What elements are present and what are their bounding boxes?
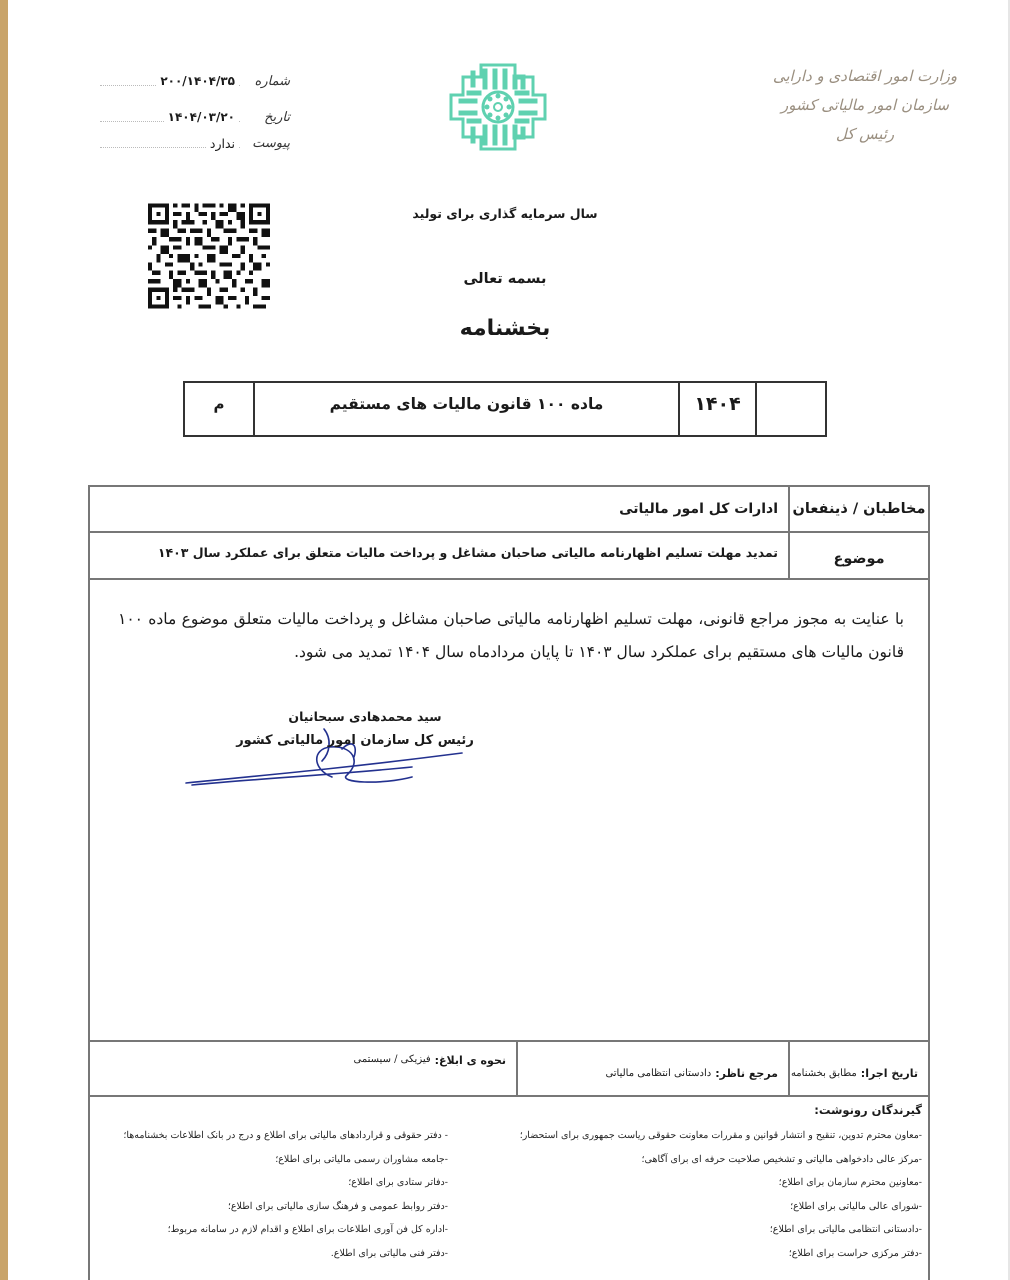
execution-date-label: تاریخ اجرا: xyxy=(861,1067,918,1080)
letter-number-label: شماره xyxy=(242,74,290,89)
circular-title: ماده ۱۰۰ قانون مالیات های مستقیم xyxy=(253,383,678,435)
circular-code: م xyxy=(185,383,253,435)
audience-label: مخاطبان / ذینفعان xyxy=(788,487,928,531)
footer-row: تاریخ اجرا: مطابق بخشنامه مرجع ناظر: داد… xyxy=(90,1040,928,1097)
circular-body-text: با عنایت به مجوز مراجع قانونی، مهلت تسلی… xyxy=(118,603,904,669)
page-edge-strip xyxy=(0,0,8,1280)
audience-value: ادارات کل امور مالیاتی xyxy=(90,487,788,531)
cc-item: -دادستانی انتظامی مالیاتی برای اطلاع؛ xyxy=(502,1218,922,1242)
cc-title: گیرندگان رونوشت: xyxy=(814,1103,922,1117)
cc-right-column: -معاون محترم تدوین، تنقیح و انتشار قوانی… xyxy=(502,1124,922,1266)
letter-date-row: تاریخ ۱۴۰۴/۰۳/۲۰ xyxy=(100,104,290,130)
ministry-letterhead: وزارت امور اقتصادی و دارایی سازمان امور … xyxy=(750,62,980,149)
subject-label: موضوع xyxy=(788,533,928,578)
title-table-empty-cell xyxy=(755,383,825,435)
notification-method-label: نحوه ی ابلاغ: xyxy=(435,1054,506,1067)
notification-method-cell: نحوه ی ابلاغ: فیزیکی / سیستمی xyxy=(90,1042,516,1095)
letter-date-label: تاریخ xyxy=(242,110,290,125)
letter-attachment-value: ندارد xyxy=(207,136,238,151)
cc-item: -معاون محترم تدوین، تنقیح و انتشار قوانی… xyxy=(502,1124,922,1148)
letter-number-value: ۲۰۰/۱۴۰۴/۳۵ xyxy=(157,74,238,88)
supervising-authority-cell: مرجع ناظر: دادستانی انتظامی مالیاتی xyxy=(516,1042,788,1095)
ministry-line-1: وزارت امور اقتصادی و دارایی xyxy=(750,62,980,91)
cc-item: -اداره کل فن آوری اطلاعات برای اطلاع و ا… xyxy=(88,1218,448,1242)
cc-item: -مرکز عالی دادخواهی مالیاتی و تشخیص صلاح… xyxy=(502,1148,922,1172)
cc-item: -جامعه مشاوران رسمی مالیاتی برای اطلاع؛ xyxy=(88,1148,448,1172)
cc-item: -شورای عالی مالیاتی برای اطلاع؛ xyxy=(502,1195,922,1219)
supervising-authority-value: دادستانی انتظامی مالیاتی xyxy=(605,1068,711,1079)
signer-name: سید محمدهادی سبحانیان xyxy=(250,709,480,724)
subject-value: تمدید مهلت تسلیم اظهارنامه مالیاتی صاحبا… xyxy=(90,533,788,578)
letter-meta: شماره ۲۰۰/۱۴۰۴/۳۵ تاریخ ۱۴۰۴/۰۳/۲۰ پیوست… xyxy=(100,68,290,156)
ministry-line-2: سازمان امور مالیاتی کشور xyxy=(750,91,980,120)
execution-date-cell: تاریخ اجرا: مطابق بخشنامه xyxy=(788,1042,928,1095)
signature-icon xyxy=(182,719,472,799)
letter-date-value: ۱۴۰۴/۰۳/۲۰ xyxy=(165,110,238,124)
cc-item: -دفتر مرکزی حراست برای اطلاع؛ xyxy=(502,1242,922,1266)
ministry-line-3: رئیس کل xyxy=(750,120,980,149)
execution-date-value: مطابق بخشنامه xyxy=(791,1068,857,1079)
audience-row: مخاطبان / ذینفعان ادارات کل امور مالیاتی xyxy=(90,487,928,533)
cc-item: - دفتر حقوقی و قراردادهای مالیاتی برای ا… xyxy=(88,1124,448,1148)
cc-recipients: گیرندگان رونوشت: -معاون محترم تدوین، تنق… xyxy=(88,1097,930,1280)
letter-number-row: شماره ۲۰۰/۱۴۰۴/۳۵ xyxy=(100,68,290,94)
cc-item: -معاونین محترم سازمان برای اطلاع؛ xyxy=(502,1171,922,1195)
cc-left-column: - دفتر حقوقی و قراردادهای مالیاتی برای ا… xyxy=(88,1124,448,1266)
signer-title: رئیس کل سازمان امور مالیاتی کشور xyxy=(230,733,480,748)
cc-item: -دفتر فنی مالیاتی برای اطلاع. xyxy=(88,1242,448,1266)
cc-item: -دفاتر ستادی برای اطلاع؛ xyxy=(88,1171,448,1195)
subject-row: موضوع تمدید مهلت تسلیم اظهارنامه مالیاتی… xyxy=(90,533,928,580)
bismillah-heading: بسمه تعالی xyxy=(380,271,630,287)
qr-code-icon xyxy=(148,203,270,309)
notification-method-value: فیزیکی / سیستمی xyxy=(354,1054,431,1065)
tax-organization-logo-icon xyxy=(443,57,553,157)
year-slogan: سال سرمایه گذاری برای تولید xyxy=(380,206,630,221)
letter-attachment-row: پیوست ندارد xyxy=(100,130,290,156)
circular-content-box: مخاطبان / ذینفعان ادارات کل امور مالیاتی… xyxy=(88,485,930,1097)
circular-year: ۱۴۰۴ xyxy=(678,383,755,435)
supervising-authority-label: مرجع ناظر: xyxy=(715,1067,778,1080)
cc-item: -دفتر روابط عمومی و فرهنگ سازی مالیاتی ب… xyxy=(88,1195,448,1219)
document-type-title: بخشنامه xyxy=(380,316,630,341)
letter-attachment-label: پیوست xyxy=(242,136,290,151)
circular-title-table: ۱۴۰۴ ماده ۱۰۰ قانون مالیات های مستقیم م xyxy=(183,381,827,437)
